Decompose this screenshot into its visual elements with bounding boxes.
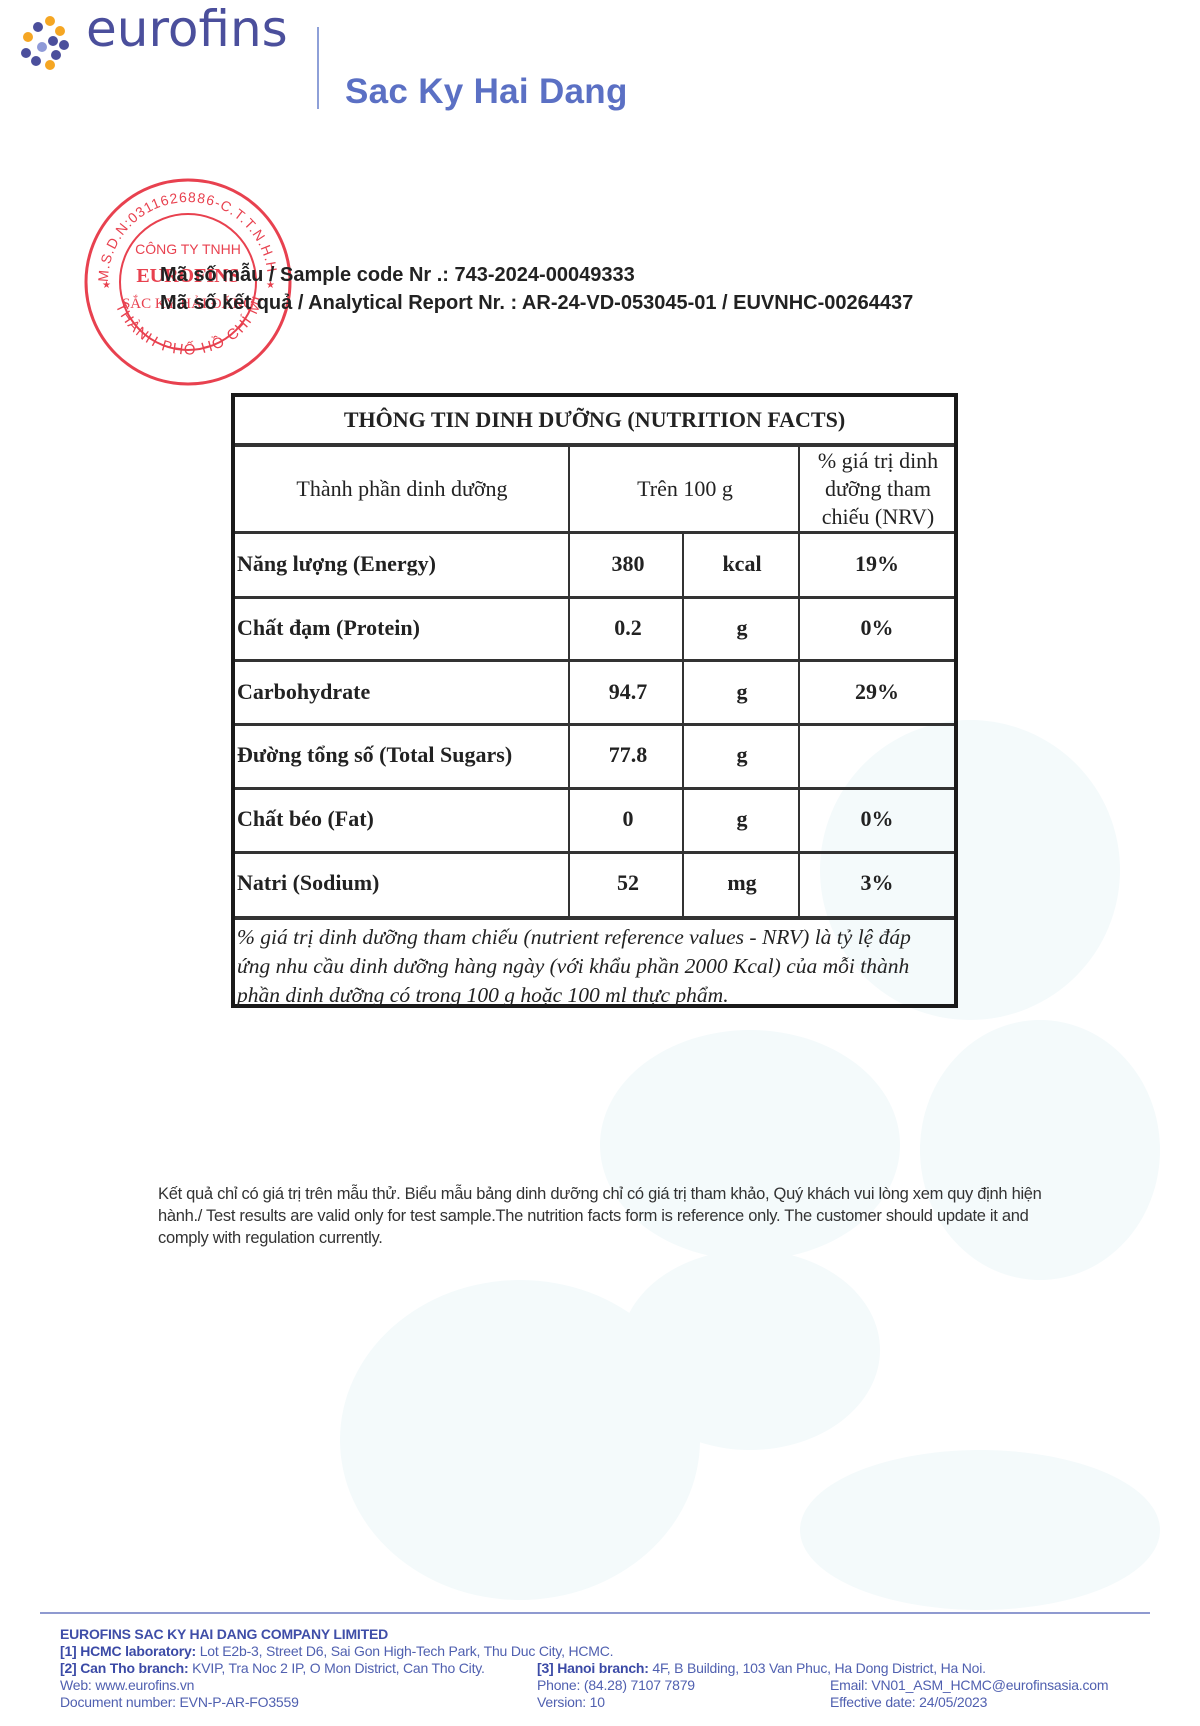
nutrient-nrv: 29% (800, 661, 954, 722)
nutrient-nrv: 3% (800, 853, 954, 914)
divider (235, 723, 954, 726)
footer-effective-date: Effective date: 24/05/2023 (830, 1694, 987, 1710)
nutrient-unit: g (686, 789, 798, 850)
brand-name: eurofins (86, 4, 288, 54)
disclaimer-text: Kết quả chỉ có giá trị trên mẫu thử. Biể… (158, 1183, 1058, 1249)
nutrient-name: Carbohydrate (237, 661, 567, 722)
nutrient-unit: g (686, 598, 798, 659)
nutrient-name: Chất béo (Fat) (237, 789, 567, 850)
footer-hcmc-lab: [1] HCMC laboratory: Lot E2b-3, Street D… (60, 1643, 613, 1659)
footer-version: Version: 10 (537, 1694, 605, 1710)
nutrient-name: Chất đạm (Protein) (237, 598, 567, 659)
nutrition-facts-table: THÔNG TIN DINH DƯỠNG (NUTRITION FACTS) T… (231, 393, 958, 1008)
sub-brand-name: Sac Ky Hai Dang (345, 74, 628, 109)
nutrient-name: Natri (Sodium) (237, 853, 567, 914)
nutrient-value: 380 (572, 534, 684, 595)
nutrient-unit: kcal (686, 534, 798, 595)
nutrient-value: 77.8 (572, 725, 684, 786)
footer-phone: Phone: (84.28) 7107 7879 (537, 1677, 695, 1693)
nutrient-name: Đường tổng số (Total Sugars) (237, 725, 567, 786)
footer-divider (40, 1612, 1150, 1614)
svg-text:★: ★ (102, 280, 111, 291)
header-nrv: % giá trị dinh dưỡng tham chiếu (NRV) (802, 447, 954, 531)
nutrient-unit: mg (686, 853, 798, 914)
nutrient-value: 52 (572, 853, 684, 914)
sample-code: Mã số mẫu / Sample code Nr .: 743-2024-0… (160, 264, 635, 287)
nrv-note: % giá trị dinh dưỡng tham chiếu (nutrien… (237, 923, 948, 1010)
header-component: Thành phần dinh dưỡng (237, 447, 567, 531)
analytical-report-number: Mã số kết quả / Analytical Report Nr. : … (160, 292, 913, 315)
divider (235, 916, 954, 920)
nutrient-nrv: 0% (800, 789, 954, 850)
nutrient-value: 0 (572, 789, 684, 850)
footer-email[interactable]: Email: VN01_ASM_HCMC@eurofinsasia.com (830, 1677, 1108, 1693)
nutrient-nrv (800, 725, 954, 786)
watermark-circle (800, 1450, 1160, 1610)
eurofins-logo-icon (20, 15, 78, 73)
nutrient-nrv: 0% (800, 598, 954, 659)
nutrient-unit: g (686, 725, 798, 786)
table-title: THÔNG TIN DINH DƯỠNG (NUTRITION FACTS) (235, 397, 954, 443)
header-per-100g: Trên 100 g (572, 447, 798, 531)
footer-web[interactable]: Web: www.eurofins.vn (60, 1677, 194, 1693)
footer-company: EUROFINS SAC KY HAI DANG COMPANY LIMITED (60, 1626, 388, 1642)
divider (235, 596, 954, 599)
nutrient-unit: g (686, 661, 798, 722)
nutrient-value: 0.2 (572, 598, 684, 659)
divider (235, 851, 954, 854)
stamp-line1: CÔNG TY TNHH (135, 241, 241, 257)
divider (235, 787, 954, 790)
nutrient-value: 94.7 (572, 661, 684, 722)
divider (235, 659, 954, 662)
watermark-circle (620, 1250, 880, 1450)
footer-hanoi-branch: [3] Hanoi branch: 4F, B Building, 103 Va… (537, 1660, 986, 1676)
header-divider (317, 27, 319, 109)
footer-cantho-branch: [2] Can Tho branch: KVIP, Tra Noc 2 IP, … (60, 1660, 485, 1676)
nutrient-name: Năng lượng (Energy) (237, 534, 567, 595)
footer-document-number: Document number: EVN-P-AR-FO3559 (60, 1694, 299, 1710)
nutrient-nrv: 19% (800, 534, 954, 595)
